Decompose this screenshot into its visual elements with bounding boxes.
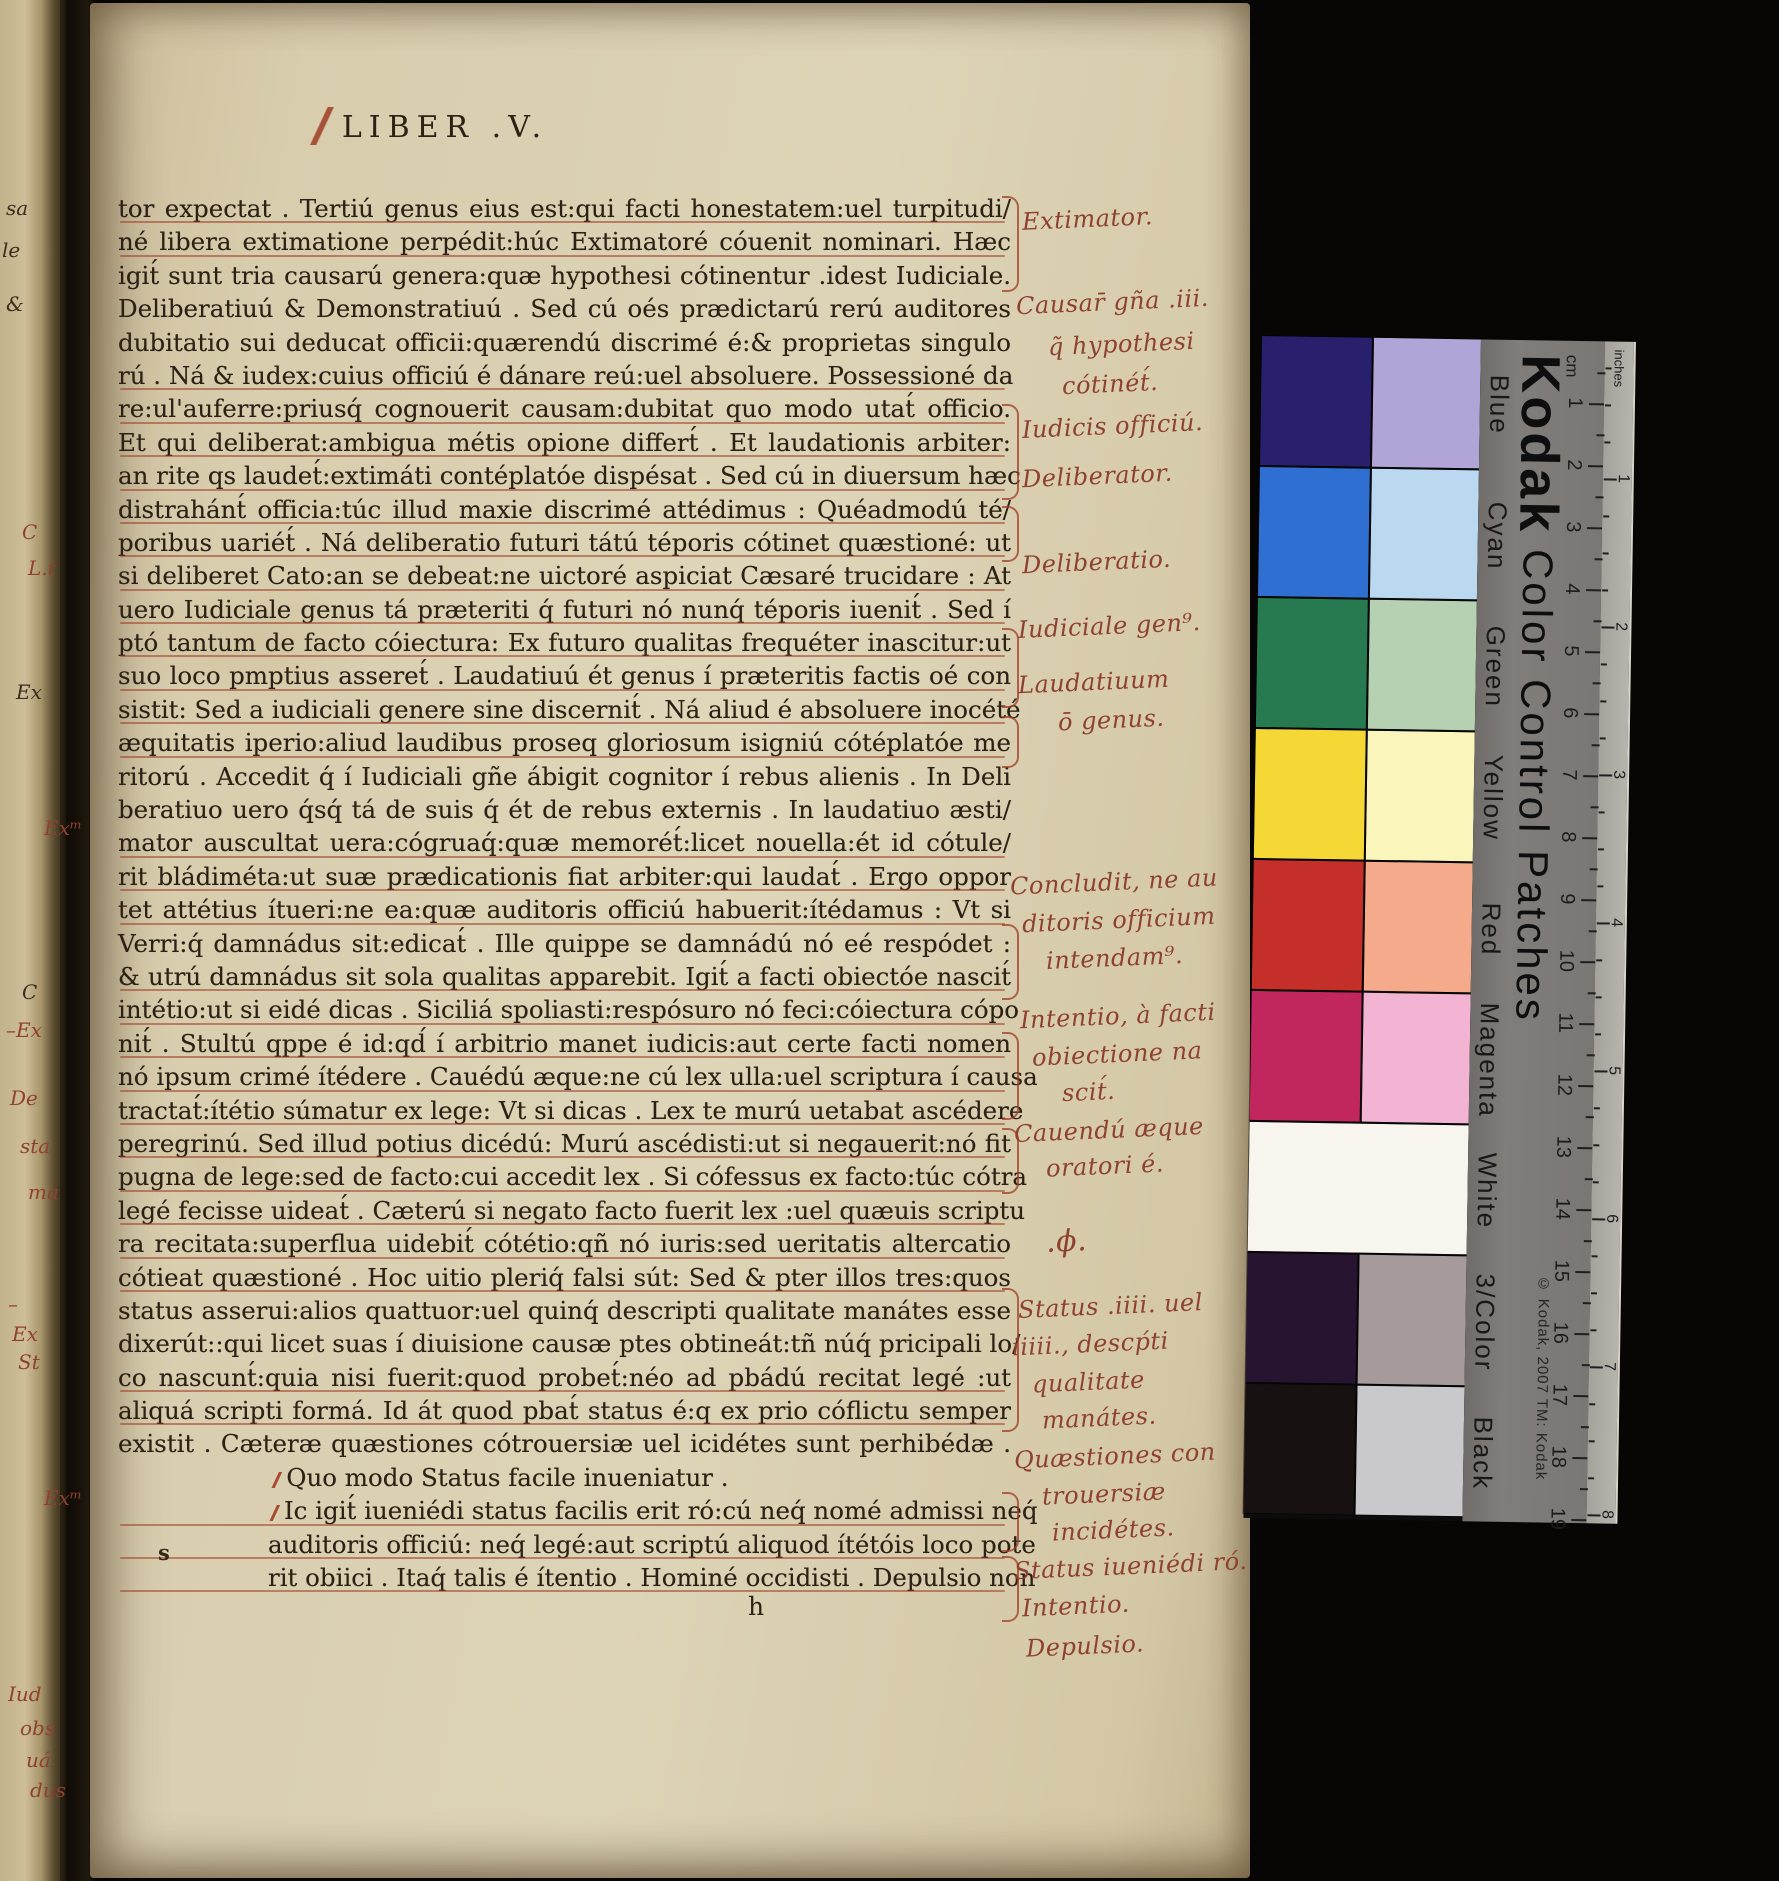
cm-ruler-number: 13 [1551, 1136, 1574, 1159]
ruler-tick [1596, 996, 1602, 998]
marginal-note: cótinét́. [1061, 368, 1158, 400]
text-line-content: tractat́:ítétio súmatur ex lege: Vt si d… [118, 1096, 1023, 1125]
text-line-content: beratiuo uero q́sq́ tá de suis q́ ét de … [118, 795, 1011, 824]
marginal-brace-mark [1002, 404, 1019, 500]
ruler-tick [1587, 1054, 1595, 1056]
facing-page-text-fragment: le [2, 238, 20, 262]
color-patch-3/color-pale [1358, 1255, 1467, 1386]
cm-ruler-number: 17 [1547, 1383, 1570, 1406]
color-patch-black-pale [1355, 1386, 1464, 1517]
ruler-tick [1590, 868, 1598, 870]
text-line-content: Et qui deliberat:ambigua métis opione di… [118, 428, 1011, 457]
ruler-tick [1591, 1292, 1597, 1294]
facing-page-text-fragment: –Ex [6, 1018, 42, 1042]
ruler-tick [1581, 899, 1596, 901]
ruler-tick [1592, 744, 1600, 746]
text-line: rit obiici . Itaq́ talis é ítentio . Hom… [118, 1561, 1011, 1594]
ruler-tick [1578, 1085, 1593, 1087]
ruler-tick [1584, 713, 1599, 715]
text-line: tet attétius ítueri:ne ea:quæ auditoris … [118, 893, 1011, 926]
color-patch-cyan-strong [1258, 467, 1370, 598]
text-line: mator auscultat uera:cógruaq́:quæ memoré… [118, 826, 1011, 859]
text-line-content: peregrinú. Sed illud potius dicédú: Murú… [118, 1129, 1011, 1158]
facing-page-edge [0, 0, 66, 1881]
ruler-tick [1575, 1271, 1590, 1273]
text-line: aliquá scripti formá. Id át quod pbat́ s… [118, 1394, 1011, 1427]
text-line: ptó tantum de facto cóiectura: Ex futuro… [118, 626, 1011, 659]
marginal-note: intendam⁹. [1045, 941, 1183, 975]
color-patch-3/color-strong [1246, 1253, 1358, 1384]
cm-ruler-number: 6 [1558, 707, 1581, 718]
inch-ruler-number: 2 [1611, 622, 1629, 631]
text-line: existit . Cæteræ quæstiones cótrouersiæ … [118, 1427, 1011, 1460]
text-line: ritorú . Accedit q́ í Iudiciali gñe ábig… [118, 760, 1011, 793]
facing-page-text-fragment: Ex [12, 1322, 38, 1346]
color-patch-blue-pale [1372, 338, 1481, 469]
text-line: ra recitata:superflua uidebit́ cótétio:q… [118, 1227, 1011, 1260]
ruler-tick [1596, 959, 1602, 961]
facing-page-text-fragment: – [8, 1292, 18, 1316]
inches-ruler-label: inches [1611, 349, 1627, 387]
marginal-note: .ϕ. [1045, 1223, 1088, 1260]
facing-page-text-fragment: Exᵐ [44, 1486, 82, 1510]
text-line: sistit: Sed a iudiciali genere sine disc… [118, 693, 1011, 726]
text-line-content: an rite qs laudet́:extimáti contéplatóe … [118, 461, 1021, 490]
ruler-tick [1593, 682, 1601, 684]
cm-ruler-number: 11 [1553, 1012, 1576, 1033]
text-line-content: Ic igit́ iueniédi status facilis erit ró… [284, 1496, 1038, 1525]
text-line-content: dubitatio sui deducat officii:quærendú d… [118, 328, 1011, 357]
ruler-tick [1577, 1147, 1592, 1149]
inch-ruler-number: 3 [1609, 770, 1627, 779]
cm-ruler-number: 2 [1562, 459, 1585, 470]
cm-ruler-number: 18 [1546, 1445, 1569, 1468]
guide-letter: s [158, 1540, 170, 1565]
text-line-content: Quo modo Status facile inueniatur . [286, 1463, 728, 1492]
marginal-brace-mark [1002, 506, 1019, 562]
inch-ruler-number: 5 [1604, 1066, 1622, 1075]
text-line: suo loco pmptius asseret́ . Laudatiuú ét… [118, 659, 1011, 692]
text-line: Ic igit́ iueniédi status facilis erit ró… [118, 1494, 1011, 1527]
text-line-content: rú . Ná & iudex:cuius officiú é dánare r… [118, 361, 1013, 390]
text-line: auditoris officiú: neq́ legé:aut scriptú… [118, 1528, 1011, 1561]
marginal-note: manátes. [1041, 1402, 1157, 1435]
text-line: Quo modo Status facile inueniatur . [118, 1461, 1011, 1494]
text-line-content: pugna de lege:sed de facto:cui accedit l… [118, 1162, 1027, 1191]
text-line: legé fecisse uideat́ . Cæterú si negato … [118, 1194, 1011, 1227]
marginal-brace-mark [1002, 716, 1019, 768]
cm-ruler-number: 7 [1557, 769, 1580, 780]
ruler-tick [1582, 837, 1597, 839]
ruler-tick [1571, 1519, 1586, 1521]
text-line: intétio:ut si eidé dicas . Siciliá spoli… [118, 993, 1011, 1026]
text-line-content: Verri:q́ damnádus sit:edicat́ . Ille qui… [118, 929, 1011, 958]
text-line: beratiuo uero q́sq́ tá de suis q́ ét de … [118, 793, 1011, 826]
text-line-content: dixerút::qui licet suas í diuisione caus… [118, 1329, 1020, 1358]
patch-row-label: White [1469, 1125, 1505, 1257]
text-line: tractat́:ítétio súmatur ex lege: Vt si d… [118, 1094, 1011, 1127]
text-line: Et qui deliberat:ambigua métis opione di… [118, 426, 1011, 459]
facing-page-text-fragment: Iud [8, 1682, 42, 1706]
ruler-tick [1604, 441, 1610, 443]
text-line-content: intétio:ut si eidé dicas . Siciliá spoli… [118, 995, 1019, 1024]
marginal-brace-mark [1002, 628, 1019, 708]
ruler-tick [1590, 1329, 1596, 1331]
ruler-tick [1574, 1333, 1589, 1335]
color-patch-blue-strong [1260, 336, 1372, 467]
text-line-content: ptó tantum de facto cóiectura: Ex futuro… [118, 628, 1011, 657]
ruler-tick [1592, 1255, 1598, 1257]
marginal-brace-mark [1002, 1288, 1019, 1432]
text-line: nó ipsum crimé ítédere . Cauédú æque:ne … [118, 1060, 1011, 1093]
marginal-note: scit́. [1061, 1077, 1115, 1107]
ruler-tick [1605, 404, 1611, 406]
facing-page-text-fragment: De [10, 1086, 38, 1110]
text-line-content: poribus uariét́ . Ná deliberatio futuri … [118, 528, 1011, 557]
ruler-tick [1589, 403, 1604, 405]
text-line-content: si deliberet Cato:an se debeat:ne uictor… [118, 561, 1011, 590]
cm-ruler-number: 16 [1548, 1321, 1571, 1344]
text-line-content: nó ipsum crimé ítédere . Cauédú æque:ne … [118, 1062, 1038, 1091]
marginal-note: ō genus. [1057, 704, 1165, 737]
text-line-content: legé fecisse uideat́ . Cæterú si negato … [118, 1196, 1025, 1225]
color-patch-cyan-pale [1370, 469, 1479, 600]
ruler-tick [1595, 1033, 1601, 1035]
marginal-note: Intentio. [1021, 1590, 1130, 1623]
ruler-tick [1596, 434, 1604, 436]
cm-ruler-number: 19 [1545, 1507, 1568, 1530]
text-line-content: igit́ sunt tria causarú genera:quæ hypot… [118, 261, 1011, 290]
text-line: peregrinú. Sed illud potius dicédú: Murú… [118, 1127, 1011, 1160]
facing-page-text-fragment: dus [30, 1778, 66, 1802]
text-line: Verri:q́ damnádus sit:edicat́ . Ille qui… [118, 927, 1011, 960]
rubric-paragraph-mark [270, 1472, 283, 1488]
facing-page-text-fragment: ma [28, 1180, 59, 1204]
ruler-tick [1586, 589, 1601, 591]
cm-ruler-label: cm [1561, 355, 1581, 378]
ruler-tick [1585, 651, 1600, 653]
text-line-content: uero Iudiciale genus tá præteriti q́ fut… [118, 595, 1011, 624]
text-column: tor expectat . Tertiú genus eius est:qui… [118, 192, 1011, 1594]
ruler-tick [1588, 465, 1603, 467]
text-line: nit́ . Stultú qppe é id:qd́ í arbitrio m… [118, 1027, 1011, 1060]
inch-ruler-number: 8 [1597, 1510, 1615, 1519]
text-line: dixerút::qui licet suas í diuisione caus… [118, 1327, 1011, 1360]
inch-ruler-number: 7 [1600, 1362, 1618, 1371]
ruler-tick [1576, 1209, 1591, 1211]
marginal-note: Extimator. [1021, 202, 1153, 236]
ruler-tick [1591, 806, 1599, 808]
ruler-tick [1589, 1403, 1595, 1405]
ruler-tick [1595, 496, 1603, 498]
cm-ruler-number: 4 [1560, 583, 1583, 594]
cm-ruler-number: 15 [1549, 1260, 1572, 1283]
text-line-content: tor expectat . Tertiú genus eius est:qui… [118, 194, 1011, 223]
cm-ruler-number: 14 [1550, 1198, 1573, 1221]
facing-page-text-fragment: uá [26, 1748, 51, 1772]
ruler-tick [1603, 552, 1609, 554]
text-line-content: cótieat quæstioné . Hoc uitio pleriq́ fa… [118, 1263, 1011, 1292]
text-line-content: & utrú damnádus sit sola qualitas appare… [118, 962, 1011, 991]
kodak-color-card: BlueCyanGreenYellowRedMagentaWhite3/Colo… [1243, 336, 1634, 1524]
cm-ruler-number: 8 [1556, 831, 1579, 842]
text-line: an rite qs laudet́:extimáti contéplatóe … [118, 459, 1011, 492]
text-line-content: ritorú . Accedit q́ í Iudiciali gñe ábig… [118, 762, 1011, 791]
catchword: h [748, 1592, 764, 1621]
color-patch-red-pale [1364, 862, 1473, 993]
marginal-note: incidétes. [1051, 1513, 1175, 1546]
text-line-content: status asserui:alios quattuor:uel quinq́… [118, 1296, 1011, 1325]
text-line: Deliberatiuú & Demonstratiuú . Sed cú oé… [118, 292, 1011, 325]
text-line-content: mator auscultat uera:cógruaq́:quæ memoré… [118, 828, 1011, 857]
marginal-note: oratori é. [1045, 1149, 1164, 1182]
color-patch-black-strong [1244, 1384, 1356, 1515]
ruler-tick [1581, 1426, 1589, 1428]
ruler-tick [1589, 930, 1597, 932]
text-line: æquitatis iperio:aliud laudibus proseq g… [118, 726, 1011, 759]
text-line-content: aliquá scripti formá. Id át quod pbat́ s… [118, 1396, 1011, 1425]
color-patch-green-pale [1368, 600, 1477, 731]
text-line-content: ra recitata:superflua uidebit́ cótétio:q… [118, 1229, 1011, 1258]
ruler-tick [1586, 1116, 1594, 1118]
inch-ruler-number: 6 [1602, 1214, 1620, 1223]
text-line: rú . Ná & iudex:cuius officiú é dánare r… [118, 359, 1011, 392]
ruler-tick [1600, 700, 1606, 702]
text-line: poribus uariét́ . Ná deliberatio futuri … [118, 526, 1011, 559]
marginal-note: Depulsio. [1025, 1629, 1144, 1662]
photo-stage: LIBER .V. tor expectat . Tertiú genus ei… [0, 0, 1779, 1881]
cm-ruler-number: 9 [1555, 893, 1578, 904]
facing-page-text-fragment: sa [6, 196, 28, 220]
cm-ruler-number: 1 [1563, 397, 1586, 408]
ruler-tick [1573, 1395, 1588, 1397]
text-line: dubitatio sui deducat officii:quærendú d… [118, 326, 1011, 359]
ruler-tick [1584, 1240, 1592, 1242]
text-line: tor expectat . Tertiú genus eius est:qui… [118, 192, 1011, 225]
ruler-tick [1572, 1457, 1587, 1459]
text-line: igit́ sunt tria causarú genera:quæ hypot… [118, 259, 1011, 292]
facing-page-text-fragment: Ex [16, 680, 42, 704]
ruler-tick [1582, 1364, 1590, 1366]
ruler-tick [1595, 558, 1603, 560]
ruler-tick [1583, 775, 1598, 777]
text-line: distrahánt́ officia:túc illud maxie disc… [118, 493, 1011, 526]
facing-page-text-fragment: Exᵐ [44, 816, 82, 840]
text-line-content: re:ul'auferre:priusq́ cognouerit causam:… [118, 394, 1011, 423]
ruler-tick [1588, 1477, 1594, 1479]
marginal-brace-mark [1002, 1556, 1019, 1622]
patch-row-label: Black [1464, 1387, 1500, 1519]
text-line-content: rit bládiméta:ut suæ prædicationis fiat … [118, 862, 1011, 891]
facing-page-text-fragment: & [6, 292, 24, 316]
patch-row-label: 3/Color [1467, 1256, 1503, 1388]
ruler-tick [1583, 1302, 1591, 1304]
color-patch-yellow-pale [1366, 731, 1475, 862]
ruler-tick [1601, 663, 1607, 665]
text-line: re:ul'auferre:priusq́ cognouerit causam:… [118, 392, 1011, 425]
text-line: pugna de lege:sed de facto:cui accedit l… [118, 1160, 1011, 1193]
ruler-tick [1600, 737, 1606, 739]
marginal-brace-mark [1002, 1492, 1019, 1552]
color-patch-white [1248, 1122, 1469, 1254]
ruler-tick [1587, 527, 1602, 529]
kodak-brand-title: Kodak Color Control Patches [1499, 354, 1571, 1023]
text-line-content: distrahánt́ officia:túc illud maxie disc… [118, 495, 1011, 524]
cm-ruler-number: 3 [1561, 521, 1584, 532]
marginal-brace-mark [1002, 924, 1019, 1000]
text-line: rit bládiméta:ut suæ prædicationis fiat … [118, 860, 1011, 893]
marginal-brace-mark [1002, 1128, 1019, 1194]
ruler-tick [1602, 589, 1608, 591]
cm-ruler-number: 10 [1554, 950, 1577, 973]
cm-ruler-number: 12 [1552, 1074, 1575, 1097]
ruler-tick [1593, 1181, 1599, 1183]
inch-ruler-number: 1 [1614, 474, 1632, 483]
text-line-content: auditoris officiú: neq́ legé:aut scriptú… [268, 1530, 1036, 1559]
ruler-tick [1603, 515, 1609, 517]
ruler-tick [1598, 848, 1604, 850]
rubric-paragraph-mark [268, 1505, 281, 1521]
facing-page-text-fragment: sta [20, 1134, 50, 1158]
facing-page-text-fragment: L.t [28, 556, 56, 580]
text-line: si deliberet Cato:an se debeat:ne uictor… [118, 559, 1011, 592]
text-line: co nascunt́:quia nisi fuerit:quod probet… [118, 1361, 1011, 1394]
marginal-note: trouersiæ [1041, 1477, 1166, 1510]
color-patch-magenta-pale [1362, 993, 1471, 1124]
ruler-tick [1589, 1440, 1595, 1442]
inch-ruler-number: 4 [1607, 918, 1625, 927]
ruler-tick [1585, 1178, 1593, 1180]
facing-page-text-fragment: St [18, 1350, 40, 1374]
text-line-content: co nascunt́:quia nisi fuerit:quod probet… [118, 1363, 1011, 1392]
page-title: LIBER .V. [330, 110, 560, 145]
kodak-brand-bold: Kodak [1508, 354, 1571, 535]
color-patch-red-strong [1252, 860, 1364, 991]
marginal-brace-mark [1002, 196, 1019, 292]
text-line-content: æquitatis iperio:aliud laudibus proseq g… [118, 728, 1011, 757]
text-line: uero Iudiciale genus tá præteriti q́ fut… [118, 593, 1011, 626]
ruler-tick [1593, 1144, 1599, 1146]
facing-page-text-fragment: obs [20, 1716, 55, 1740]
text-line: cótieat quæstioné . Hoc uitio pleriq́ fa… [118, 1261, 1011, 1294]
ruler-tick [1580, 961, 1595, 963]
text-line: né libera extimatione perpédit:húc Extim… [118, 225, 1011, 258]
text-line-content: nit́ . Stultú qppe é id:qd́ í arbitrio m… [118, 1029, 1011, 1058]
ruler-tick [1597, 372, 1605, 374]
text-line-content: suo loco pmptius asseret́ . Laudatiuú ét… [118, 661, 1011, 690]
text-line-content: sistit: Sed a iudiciali genere sine disc… [118, 695, 1021, 724]
facing-page-text-fragment: C [22, 520, 37, 544]
ruler-tick [1594, 620, 1602, 622]
ruler-tick [1588, 992, 1596, 994]
text-line-content: tet attétius ítueri:ne ea:quæ auditoris … [118, 895, 1011, 924]
marginal-note: qualitate [1031, 1366, 1145, 1399]
marginal-brace-mark [1002, 1032, 1019, 1120]
text-line-content: Deliberatiuú & Demonstratiuú . Sed cú oé… [118, 294, 1011, 323]
ruler-tick [1599, 811, 1605, 813]
ruler-tick [1606, 367, 1612, 369]
ruler-tick [1597, 885, 1603, 887]
text-line: status asserui:alios quattuor:uel quinq́… [118, 1294, 1011, 1327]
color-patch-green-strong [1256, 598, 1368, 729]
ruler-tick [1579, 1023, 1594, 1025]
text-line-content: né libera extimatione perpédit:húc Extim… [118, 227, 1011, 256]
text-line: & utrú damnádus sit sola qualitas appare… [118, 960, 1011, 993]
ruler-tick [1580, 1488, 1588, 1490]
color-patch-yellow-strong [1254, 729, 1366, 860]
text-line-content: rit obiici . Itaq́ talis é ítentio . Hom… [268, 1563, 1035, 1592]
facing-page-text-fragment: C [22, 980, 37, 1004]
text-line-content: existit . Cæteræ quæstiones cótrouersiæ … [118, 1429, 1011, 1458]
color-patch-magenta-strong [1250, 991, 1362, 1122]
cm-ruler-number: 5 [1559, 645, 1582, 656]
ruler-tick [1594, 1107, 1600, 1109]
